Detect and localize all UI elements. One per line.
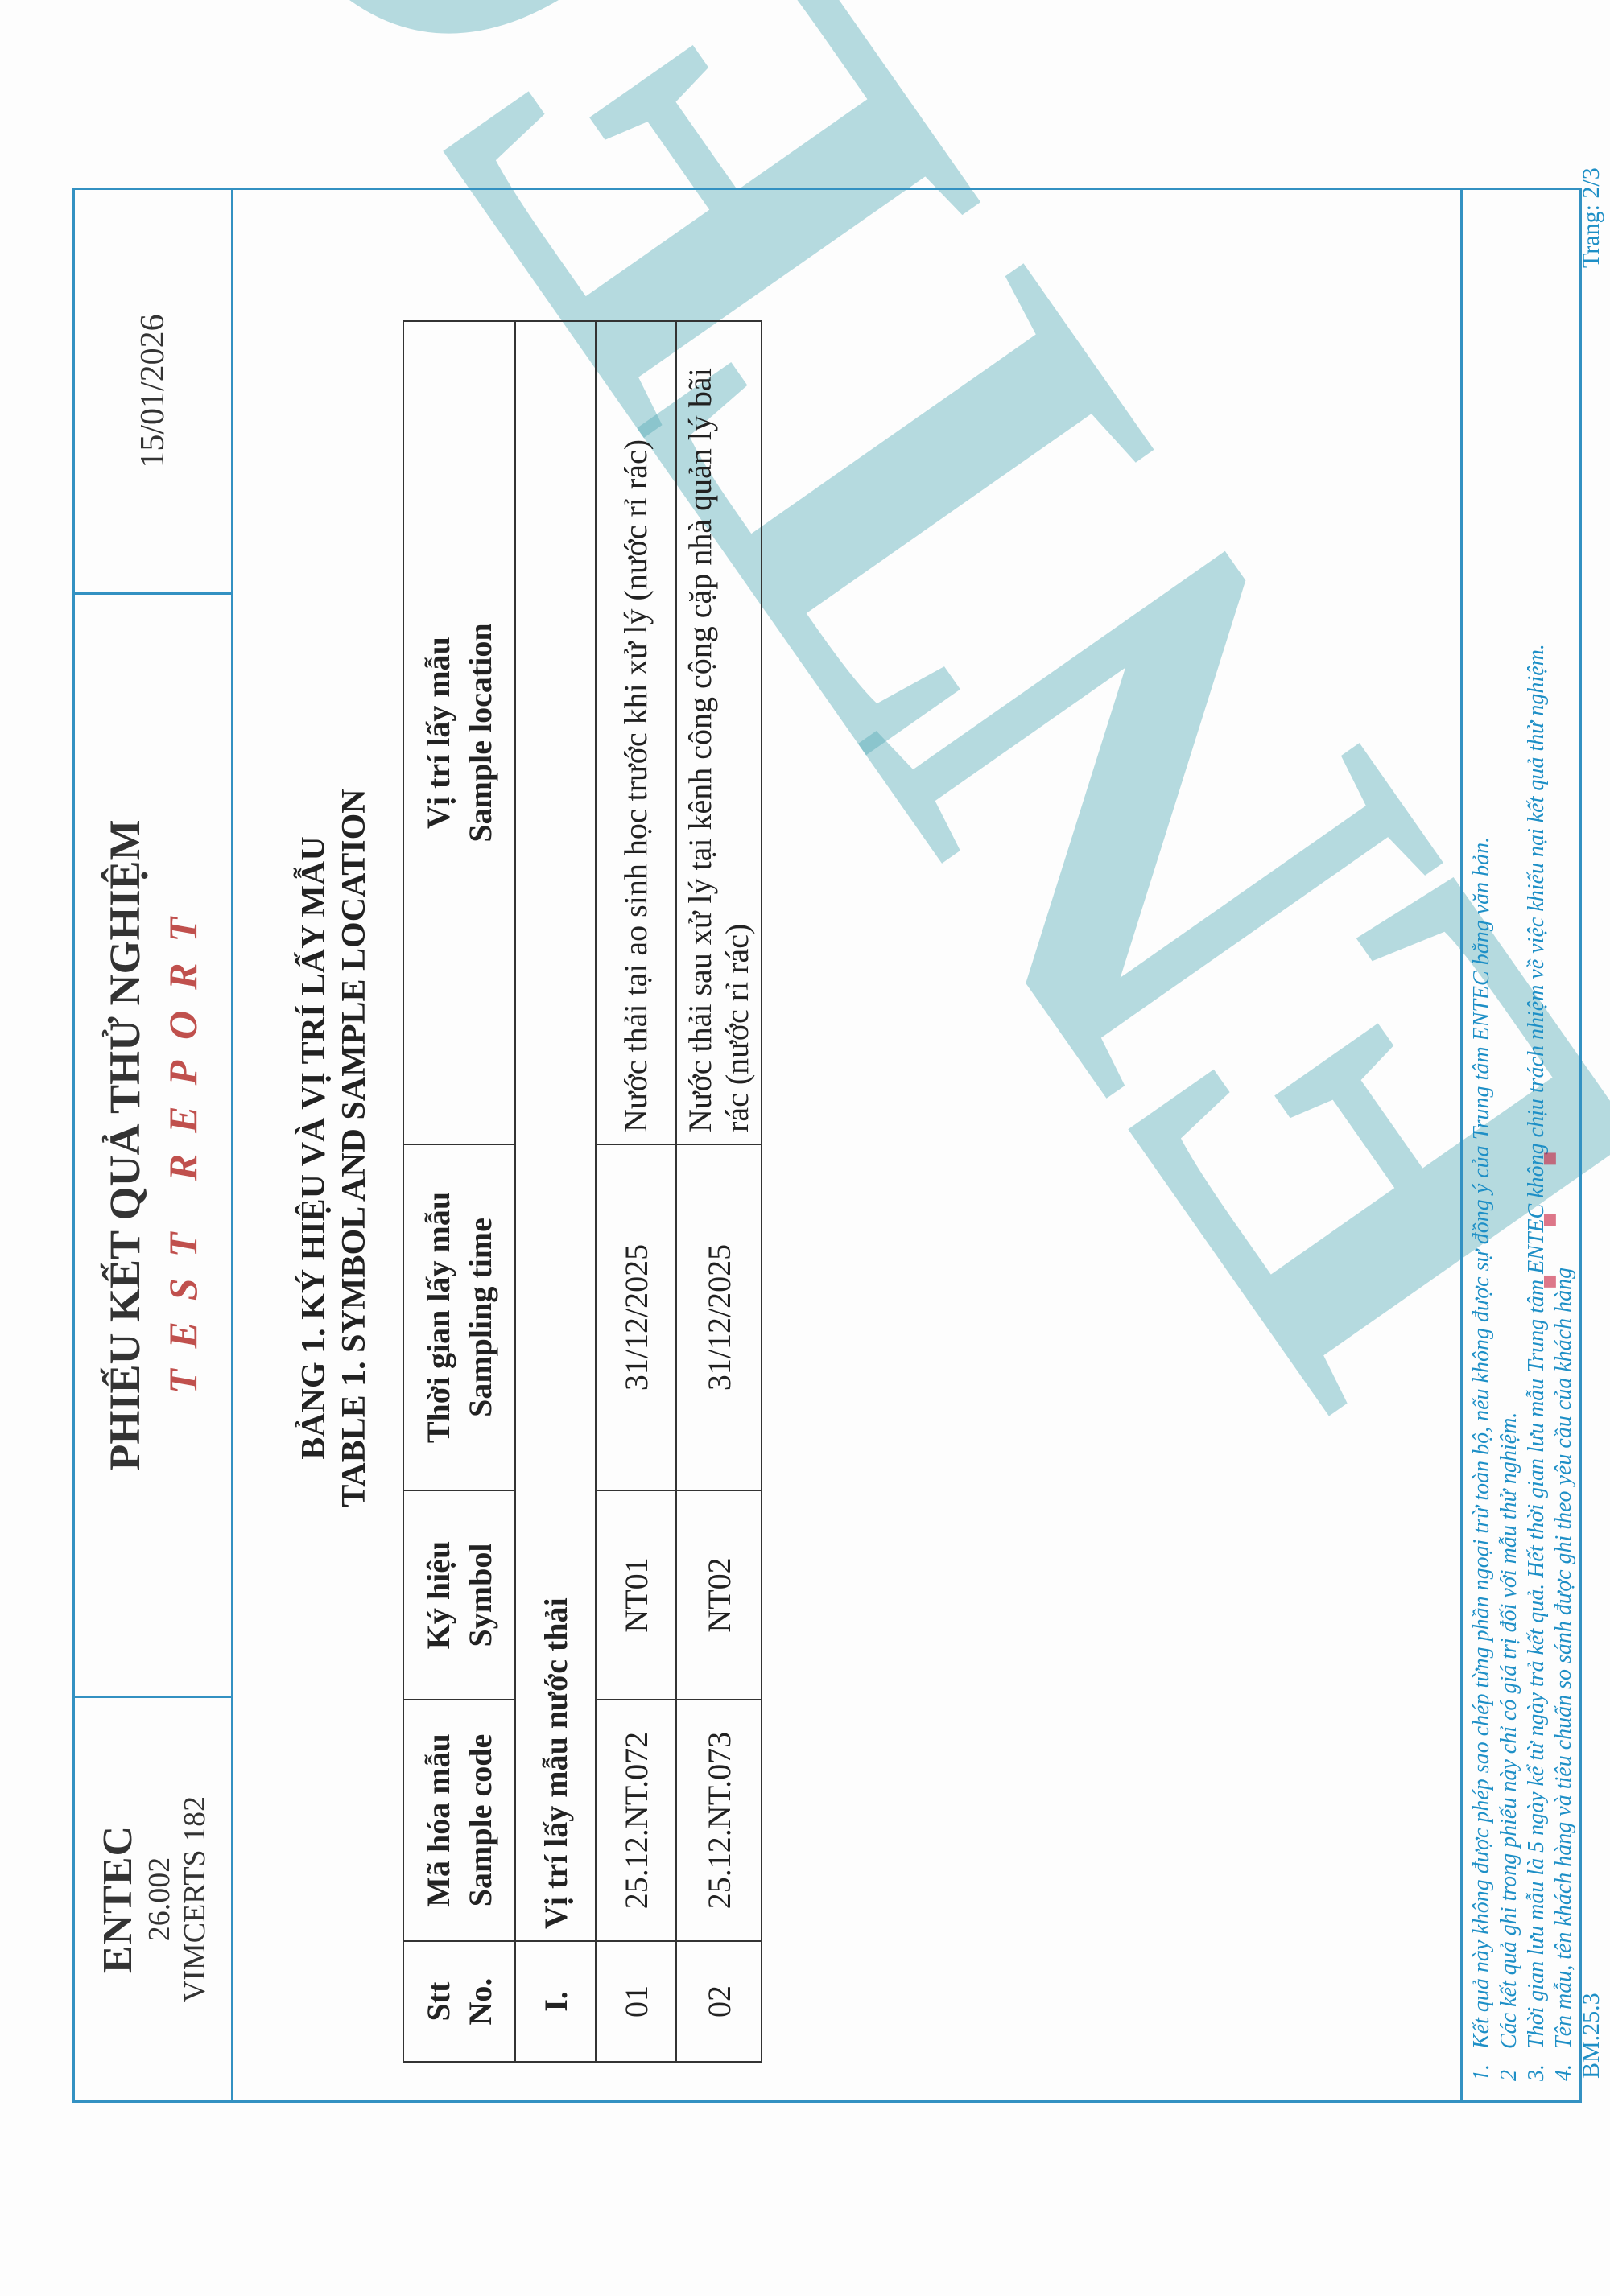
form-code: BM.25.3	[1578, 1993, 1605, 2079]
table-header-row: SttNo. Mã hóa mẫuSample code Ký hiệuSymb…	[403, 321, 515, 2062]
row-location: Nước thải tại ao sinh học trước khi xử l…	[596, 321, 676, 1144]
red-stamp-mark: ▪ ▪ ▪	[1521, 1049, 1594, 1290]
org-cert: VIMCERTS 182	[177, 1796, 213, 2002]
header-no: SttNo.	[403, 1941, 515, 2062]
row-symbol: NT01	[596, 1490, 676, 1700]
title-en: TEST REPORT	[159, 897, 206, 1394]
header-sampling-time: Thời gian lấy mẫuSampling time	[403, 1144, 515, 1490]
org-code: 26.002	[142, 1857, 177, 1942]
report-header: ENTEC 26.002 VIMCERTS 182 PHIẾU KẾT QUẢ …	[72, 188, 233, 2103]
note-item: 1.Kết quả này không được phép sao chép t…	[1468, 209, 1496, 2081]
table-row: 01 25.12.NT.072 NT01 31/12/2025 Nước thả…	[596, 321, 676, 2062]
page-number: Trang: 2/3	[1578, 167, 1605, 268]
table-caption: BẢNG 1. KÝ HIỆU VÀ VỊ TRÍ LẤY MẪU TABLE …	[294, 0, 374, 2296]
section-row: I. Vị trí lấy mẫu nước thải	[515, 321, 596, 2062]
section-no: I.	[515, 1941, 596, 2062]
title-vn: PHIẾU KẾT QUẢ THỬ NGHIỆM	[100, 819, 150, 1470]
report-date: 15/01/2026	[75, 190, 231, 592]
test-report-page: ENTEC ENTEC 26.002 VIMCERTS 182 PHIẾU KẾ…	[0, 0, 1610, 2296]
note-item: 2Các kết quả ghi trong phiếu này chỉ có …	[1496, 209, 1523, 2081]
org-block: ENTEC 26.002 VIMCERTS 182	[75, 1696, 231, 2100]
row-no: 02	[676, 1941, 762, 2062]
title-block: PHIẾU KẾT QUẢ THỬ NGHIỆM TEST REPORT	[75, 592, 231, 1696]
row-code: 25.12.NT.072	[596, 1700, 676, 1941]
caption-vn: BẢNG 1. KÝ HIỆU VÀ VỊ TRÍ LẤY MẪU	[294, 0, 334, 2296]
table-row: 02 25.12.NT.073 NT02 31/12/2025 Nước thả…	[676, 321, 762, 2062]
row-symbol: NT02	[676, 1490, 762, 1700]
row-no: 01	[596, 1941, 676, 2062]
row-time: 31/12/2025	[596, 1144, 676, 1490]
caption-en: TABLE 1. SYMBOL AND SAMPLE LOCATION	[334, 0, 374, 2296]
row-code: 25.12.NT.073	[676, 1700, 762, 1941]
section-label: Vị trí lấy mẫu nước thải	[515, 321, 596, 1941]
row-time: 31/12/2025	[676, 1144, 762, 1490]
row-location: Nước thải sau xử lý tại kênh công cộng c…	[676, 321, 762, 1144]
header-symbol: Ký hiệuSymbol	[403, 1490, 515, 1700]
header-sample-location: Vị trí lấy mẫuSample location	[403, 321, 515, 1144]
sample-table: SttNo. Mã hóa mẫuSample code Ký hiệuSymb…	[402, 320, 762, 2063]
header-sample-code: Mã hóa mẫuSample code	[403, 1700, 515, 1941]
org-name: ENTEC	[94, 1825, 142, 1973]
